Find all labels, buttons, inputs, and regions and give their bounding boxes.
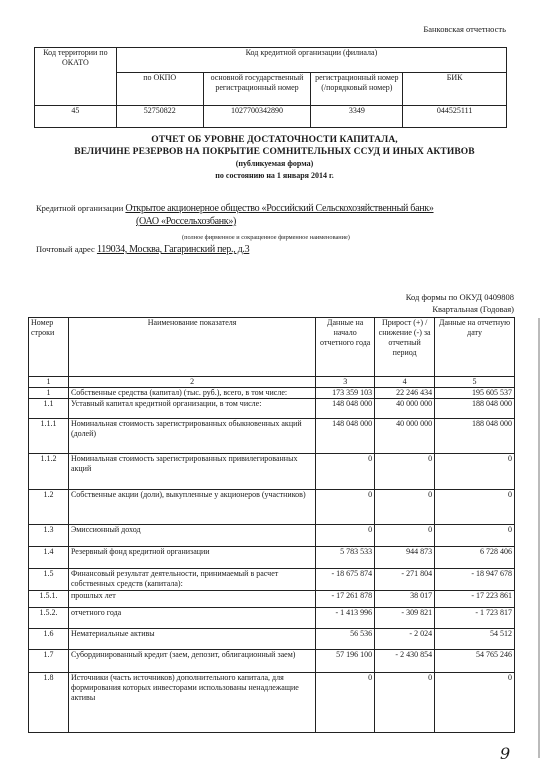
indicator-name: Источники (часть источников) дополнитель… — [68, 673, 315, 733]
value-start: 173 359 103 — [316, 388, 375, 399]
table-row: 1.1Уставный капитал кредитной организаци… — [29, 399, 515, 419]
header-start-of-year: Данные на начало отчетного года — [316, 318, 375, 377]
indicator-name: Эмиссионный доход — [68, 525, 315, 547]
header-row-number: Номер строки — [29, 318, 69, 377]
indicator-name: Нематериальные активы — [68, 629, 315, 650]
table-row: 1.5.1.прошлых лет- 17 261 87838 017- 17 … — [29, 591, 515, 608]
row-number: 1.3 — [29, 525, 69, 547]
value-change: - 2 024 — [375, 629, 435, 650]
value-change: 0 — [375, 673, 435, 733]
postal-address-label: Почтовый адрес — [36, 244, 95, 254]
row-number: 1.5 — [29, 569, 69, 591]
value-change: 0 — [375, 454, 435, 490]
value-end: 0 — [435, 490, 515, 525]
col-number: 5 — [435, 377, 515, 388]
value-change: 944 873 — [375, 547, 435, 569]
value-change: - 309 821 — [375, 608, 435, 629]
organization-code-table: Код территории по ОКАТО Код кредитной ор… — [34, 47, 507, 128]
header-reporting-date: Данные на отчетную дату — [435, 318, 515, 377]
indicator-name: отчетного года — [68, 608, 315, 629]
indicator-name: Резервный фонд кредитной организации — [68, 547, 315, 569]
organization-line: Кредитной организации Открытое акционерн… — [36, 201, 434, 216]
value-end: 188 048 000 — [435, 419, 515, 454]
table-row: 1Собственные средства (капитал) (тыс. ру… — [29, 388, 515, 399]
indicator-name: прошлых лет — [68, 591, 315, 608]
table-row: 1.7Субординированный кредит (заем, депоз… — [29, 650, 515, 673]
col-number: 1 — [29, 377, 69, 388]
header-indicator-name: Наименование показателя — [68, 318, 315, 377]
row-number: 1.6 — [29, 629, 69, 650]
value-start: - 17 261 878 — [316, 591, 375, 608]
value-change: - 2 430 854 — [375, 650, 435, 673]
value-start: 57 196 100 — [316, 650, 375, 673]
bik-value: 044525111 — [403, 106, 507, 128]
header-change: Прирост (+) / снижение (-) за отчетный п… — [375, 318, 435, 377]
indicator-name: Номинальная стоимость зарегистрированных… — [68, 419, 315, 454]
okpo-value: 52750822 — [116, 106, 203, 128]
value-start: 56 536 — [316, 629, 375, 650]
row-number: 1.8 — [29, 673, 69, 733]
row-number: 1.1.2 — [29, 454, 69, 490]
value-start: 0 — [316, 525, 375, 547]
postal-address: 119034, Москва, Гагаринский пер., д.3 — [97, 244, 249, 255]
postal-address-line: Почтовый адрес 119034, Москва, Гагаринск… — [36, 244, 249, 255]
value-change: 40 000 000 — [375, 419, 435, 454]
report-period: Квартальная (Годовая) — [406, 303, 514, 315]
bik-header: БИК — [403, 73, 507, 106]
value-change: 0 — [375, 525, 435, 547]
value-start: 148 048 000 — [316, 399, 375, 419]
value-end: 54 765 246 — [435, 650, 515, 673]
indicator-name: Субординированный кредит (заем, депозит,… — [68, 650, 315, 673]
indicator-name: Уставный капитал кредитной организации, … — [68, 399, 315, 419]
title-line-1: ОТЧЕТ ОБ УРОВНЕ ДОСТАТОЧНОСТИ КАПИТАЛА, — [0, 134, 549, 146]
ogrn-value: 1027700342890 — [203, 106, 311, 128]
value-change: 22 246 434 — [375, 388, 435, 399]
value-start: 148 048 000 — [316, 419, 375, 454]
row-number: 1 — [29, 388, 69, 399]
value-end: 0 — [435, 673, 515, 733]
value-end: 188 048 000 — [435, 399, 515, 419]
row-number: 1.1 — [29, 399, 69, 419]
scan-edge-line — [538, 318, 540, 758]
table-row: 1.3Эмиссионный доход000 — [29, 525, 515, 547]
value-end: 0 — [435, 525, 515, 547]
value-change: 40 000 000 — [375, 399, 435, 419]
okato-value: 45 — [35, 106, 117, 128]
value-end: 54 512 — [435, 629, 515, 650]
value-start: 0 — [316, 673, 375, 733]
org-code-header: Код кредитной организации (филиала) — [116, 48, 506, 73]
value-end: - 17 223 861 — [435, 591, 515, 608]
table-row: 1.8Источники (часть источников) дополнит… — [29, 673, 515, 733]
organization-full-name: Открытое акционерное общество «Российски… — [125, 203, 433, 214]
value-start: 5 783 533 — [316, 547, 375, 569]
report-title: ОТЧЕТ ОБ УРОВНЕ ДОСТАТОЧНОСТИ КАПИТАЛА, … — [0, 134, 549, 182]
organization-label: Кредитной организации — [36, 203, 123, 213]
table-row: 1.5Финансовый результат деятельности, пр… — [29, 569, 515, 591]
okato-header: Код территории по ОКАТО — [35, 48, 117, 106]
indicator-name: Собственные акции (доли), выкупленные у … — [68, 490, 315, 525]
value-start: 0 — [316, 454, 375, 490]
regnum-header: регистрационный номер (/порядковый номер… — [311, 73, 403, 106]
table-row: 1.4Резервный фонд кредитной организации5… — [29, 547, 515, 569]
value-start: 0 — [316, 490, 375, 525]
form-code-block: Код формы по ОКУД 0409808 Квартальная (Г… — [406, 291, 514, 315]
regnum-value: 3349 — [311, 106, 403, 128]
row-number: 1.4 — [29, 547, 69, 569]
col-number: 4 — [375, 377, 435, 388]
value-start: - 1 413 996 — [316, 608, 375, 629]
indicator-name: Номинальная стоимость зарегистрированных… — [68, 454, 315, 490]
value-end: 6 728 406 — [435, 547, 515, 569]
table-row: 1.2Собственные акции (доли), выкупленные… — [29, 490, 515, 525]
indicator-name: Собственные средства (капитал) (тыс. руб… — [68, 388, 315, 399]
col-number: 2 — [68, 377, 315, 388]
column-number-row: 1 2 3 4 5 — [29, 377, 515, 388]
table-row: 1.6Нематериальные активы56 536- 2 02454 … — [29, 629, 515, 650]
okud-code: Код формы по ОКУД 0409808 — [406, 291, 514, 303]
value-change: - 271 804 — [375, 569, 435, 591]
value-end: - 1 723 817 — [435, 608, 515, 629]
capital-adequacy-table: Номер строки Наименование показателя Дан… — [28, 317, 515, 733]
report-date: по состоянию на 1 января 2014 г. — [0, 170, 549, 182]
col-number: 3 — [316, 377, 375, 388]
title-line-2: ВЕЛИЧИНЕ РЕЗЕРВОВ НА ПОКРЫТИЕ СОМНИТЕЛЬН… — [0, 146, 549, 158]
table-row: 1.1.1Номинальная стоимость зарегистриров… — [29, 419, 515, 454]
row-number: 1.5.1. — [29, 591, 69, 608]
organization-short-name: (ОАО «Россельхозбанк») — [136, 216, 236, 227]
ogrn-header: основной государственный регистрационный… — [203, 73, 311, 106]
organization-name-caption: (полное фирменное и сокращенное фирменно… — [182, 234, 350, 241]
report-type-note: Банковская отчетность — [423, 24, 506, 34]
okpo-header: по ОКПО — [116, 73, 203, 106]
row-number: 1.1.1 — [29, 419, 69, 454]
row-number: 1.7 — [29, 650, 69, 673]
value-end: 0 — [435, 454, 515, 490]
value-change: 0 — [375, 490, 435, 525]
table-row: 1.5.2.отчетного года- 1 413 996- 309 821… — [29, 608, 515, 629]
value-end: - 18 947 678 — [435, 569, 515, 591]
indicator-name: Финансовый результат деятельности, прини… — [68, 569, 315, 591]
page-number: 9 — [500, 744, 510, 763]
row-number: 1.2 — [29, 490, 69, 525]
value-start: - 18 675 874 — [316, 569, 375, 591]
table-row: 1.1.2Номинальная стоимость зарегистриров… — [29, 454, 515, 490]
value-change: 38 017 — [375, 591, 435, 608]
title-line-3: (публикуемая форма) — [0, 158, 549, 170]
value-end: 195 605 537 — [435, 388, 515, 399]
row-number: 1.5.2. — [29, 608, 69, 629]
